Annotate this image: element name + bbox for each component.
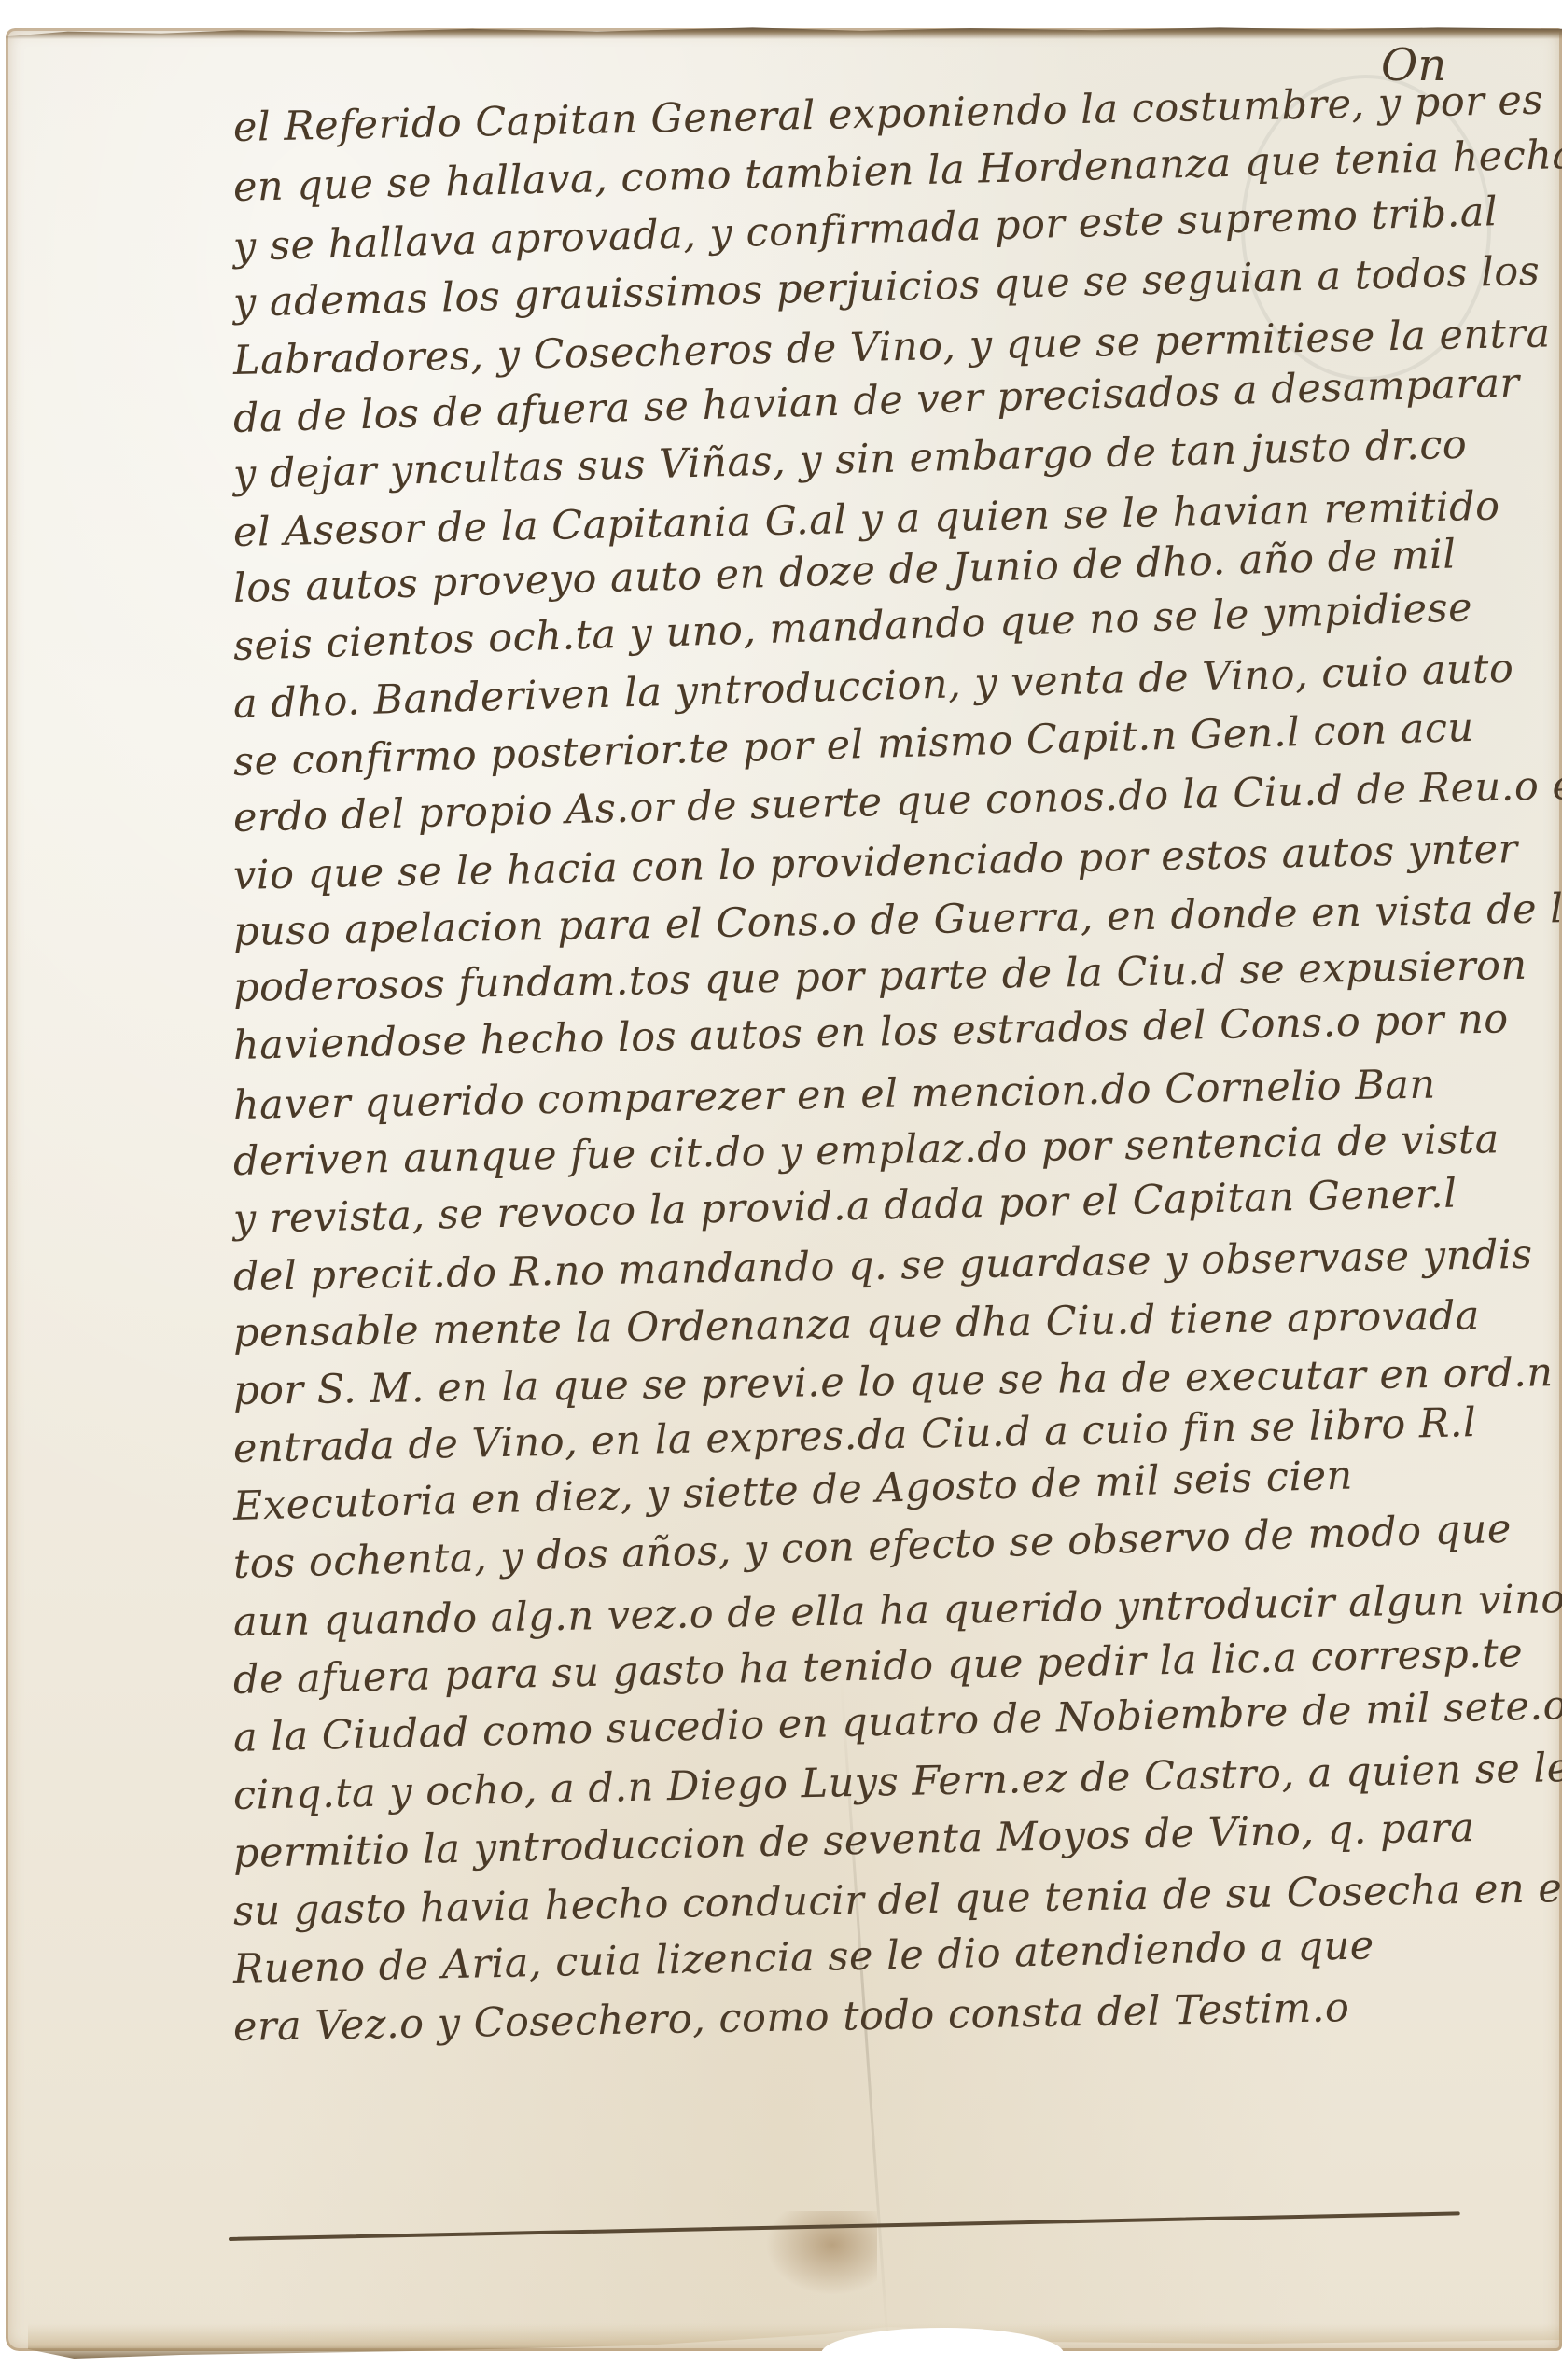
page-torn-notch	[821, 2328, 1064, 2380]
